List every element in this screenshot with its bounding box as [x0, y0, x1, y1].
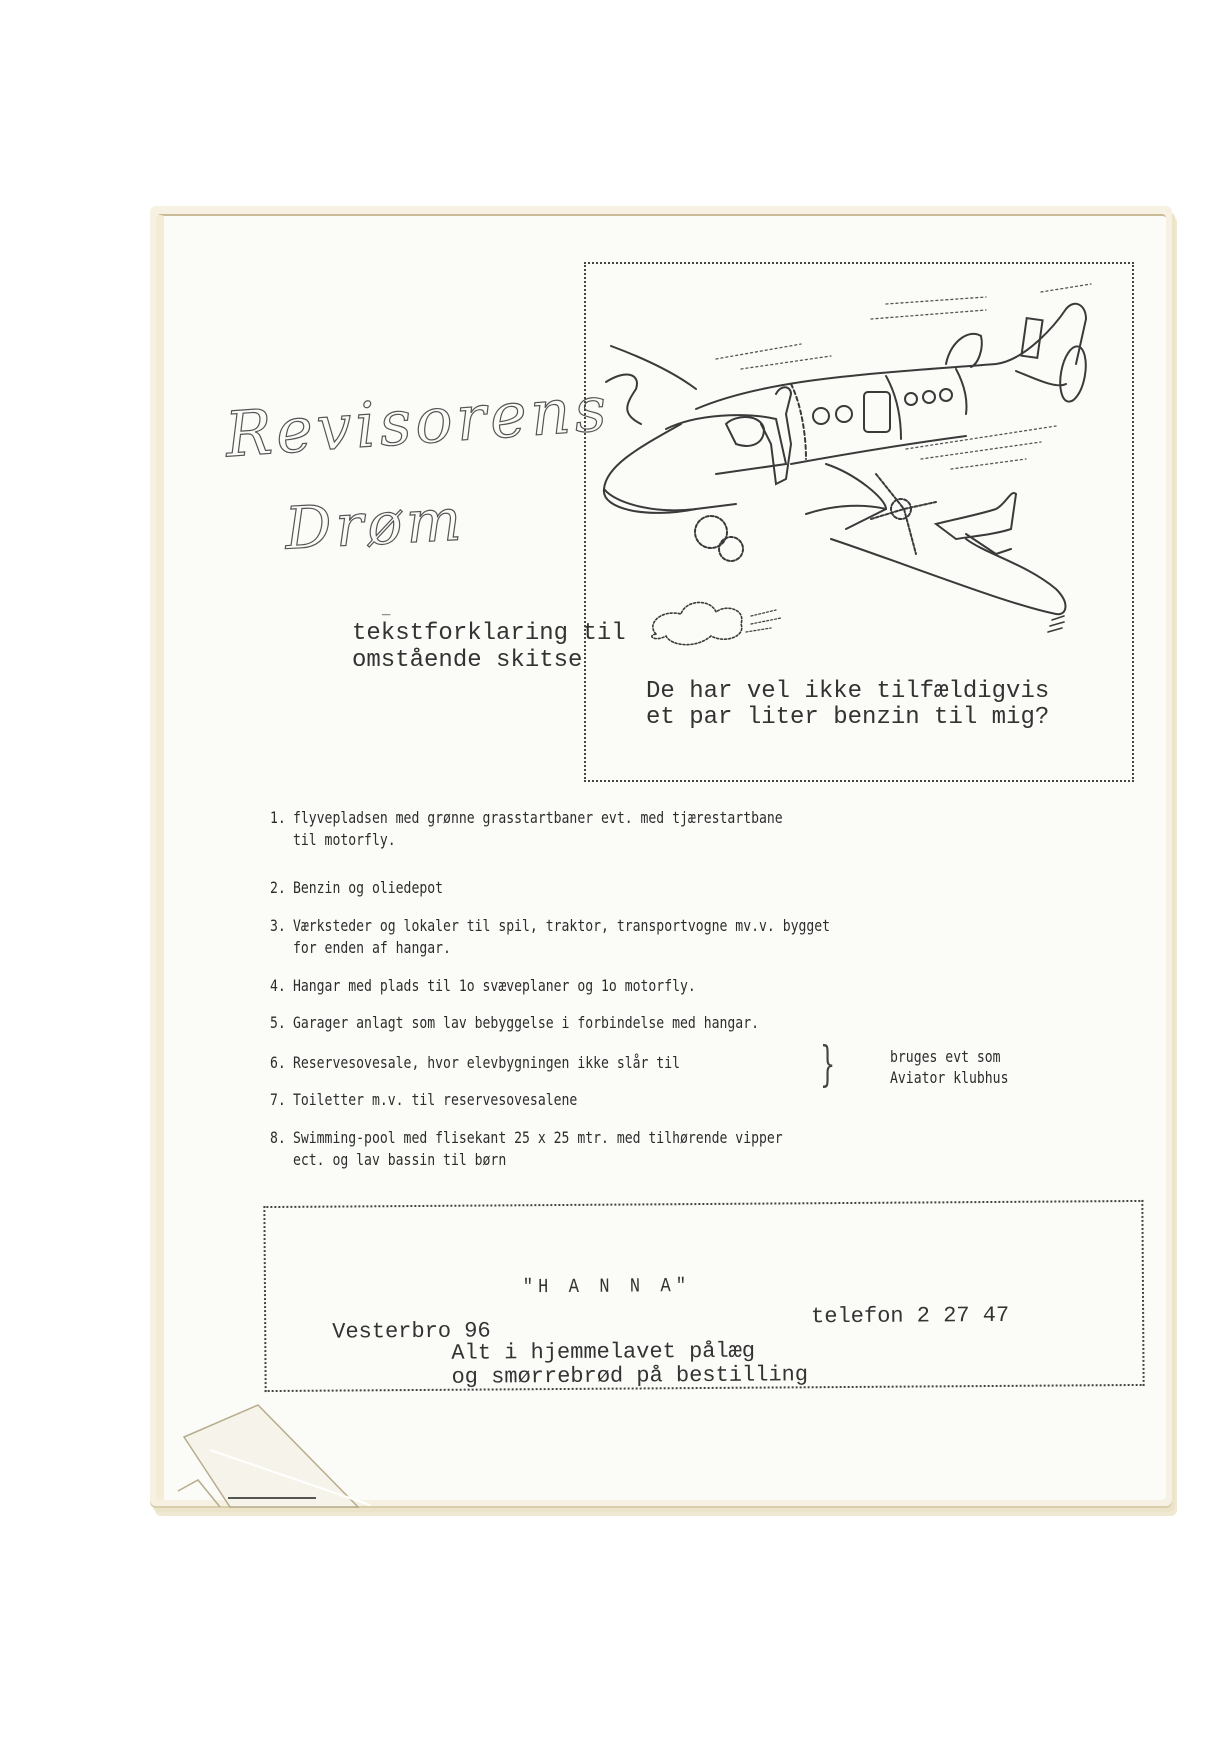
ad-tagline: Alt i hjemmelavet pålæg — [451, 1339, 755, 1366]
list-item: 4.Hangar med plads til 1o svæveplaner og… — [270, 976, 696, 995]
caption-line: et par liter benzin til mig? — [646, 705, 1049, 731]
cartoon-caption: De har vel ikke tilfældigvis et par lite… — [646, 679, 1049, 731]
folded-corner-icon — [170, 1395, 430, 1510]
ad-phone: telefon 2 27 47 — [811, 1303, 1009, 1329]
caption-line: De har vel ikke tilfældigvis — [646, 679, 1049, 705]
cartoon-frame: De har vel ikke tilfældigvis et par lite… — [584, 262, 1134, 782]
ad-business-name: "H A N N A" — [523, 1275, 691, 1299]
brace-note: bruges evt som Aviator klubhus — [890, 1046, 1008, 1088]
list-item: 1.flyvepladsen med grønne grasstartbaner… — [270, 808, 783, 827]
script-title-line2: Drøm — [283, 485, 466, 562]
list-item: 3.Værksteder og lokaler til spil, trakto… — [270, 916, 830, 935]
list-item: 6.Reservesovesale, hvor elevbygningen ik… — [270, 1053, 680, 1072]
curly-brace-icon: } — [820, 1036, 835, 1092]
ad-tagline: og smørrebrød på bestilling — [451, 1362, 808, 1389]
brace-note-line: bruges evt som — [890, 1046, 1008, 1067]
list-item: 5.Garager anlagt som lav bebyggelse i fo… — [270, 1013, 759, 1032]
underline-mark — [228, 1497, 316, 1499]
dash-mark: ‾ — [382, 609, 390, 636]
brace-note-line: Aviator klubhus — [890, 1067, 1008, 1088]
list-item: 8.Swimming-pool med flisekant 25 x 25 mt… — [270, 1128, 783, 1147]
advertisement-box: "H A N N A" telefon 2 27 47 Vesterbro 96… — [263, 1200, 1144, 1392]
list-item: 7.Toiletter m.v. til reservesovesalene — [270, 1090, 577, 1109]
list-item: 2.Benzin og oliedepot — [270, 878, 443, 897]
